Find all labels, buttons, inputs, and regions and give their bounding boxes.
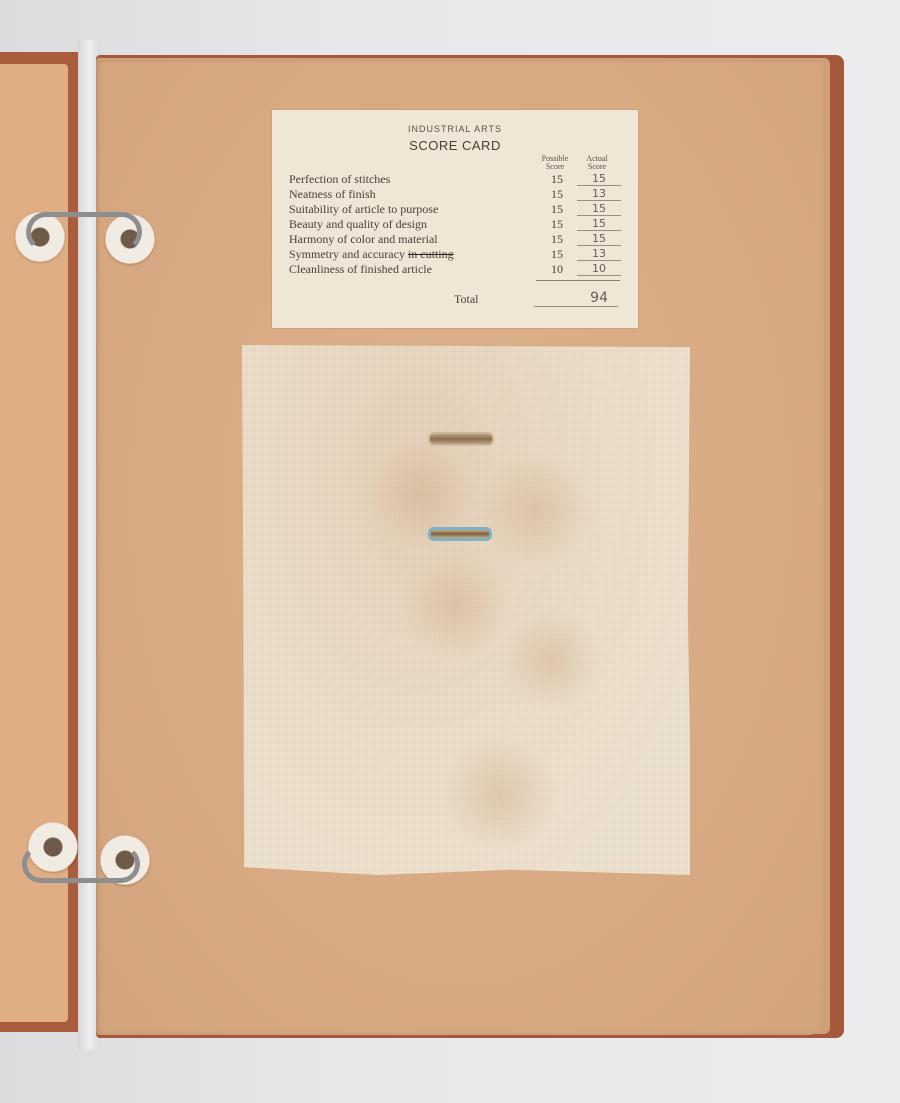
score-row: Suitability of article to purpose 15 15 (289, 202, 629, 217)
score-row: Cleanliness of finished article 10 10 (289, 262, 629, 277)
possible-score: 15 (547, 247, 567, 262)
actual-score: 15 (577, 172, 621, 186)
score-row: Beauty and quality of design 15 15 (289, 217, 629, 232)
fabric-stain (440, 740, 560, 850)
card-subtitle: INDUSTRIAL ARTS (272, 124, 638, 134)
criterion-label: Symmetry and accuracy in cutting (289, 247, 454, 262)
ring-wire-icon (22, 845, 140, 883)
ring-wire-icon (26, 212, 142, 252)
criterion-label: Neatness of finish (289, 187, 376, 202)
possible-score: 15 (547, 202, 567, 217)
struck-text: in cutting (408, 247, 454, 261)
possible-score: 15 (547, 232, 567, 247)
actual-score: 15 (577, 232, 621, 246)
criterion-label: Harmony of color and material (289, 232, 438, 247)
actual-score: 13 (577, 187, 621, 201)
fabric-stain (480, 450, 590, 570)
possible-score: 15 (547, 217, 567, 232)
actual-score: 13 (577, 247, 621, 261)
total-value: 94 (534, 290, 618, 307)
plain-buttonhole-icon (428, 432, 494, 446)
actual-score: 15 (577, 217, 621, 231)
possible-score-header: Possible Score (535, 155, 575, 171)
score-card: INDUSTRIAL ARTS SCORE CARD Possible Scor… (272, 110, 638, 328)
actual-score-header: Actual Score (577, 155, 617, 171)
score-row: Perfection of stitches 15 15 (289, 172, 629, 187)
total-label: Total (454, 292, 479, 307)
card-title: SCORE CARD (272, 138, 638, 153)
possible-score: 15 (547, 187, 567, 202)
actual-score: 15 (577, 202, 621, 216)
possible-score: 15 (547, 172, 567, 187)
sum-rule (536, 280, 620, 281)
criterion-label: Perfection of stitches (289, 172, 390, 187)
fabric-stain (500, 610, 600, 710)
criterion-label: Beauty and quality of design (289, 217, 427, 232)
fabric-stain (400, 550, 510, 660)
score-row: Symmetry and accuracy in cutting 15 13 (289, 247, 629, 262)
score-row: Harmony of color and material 15 15 (289, 232, 629, 247)
score-row: Neatness of finish 15 13 (289, 187, 629, 202)
criterion-label: Cleanliness of finished article (289, 262, 432, 277)
criterion-label: Suitability of article to purpose (289, 202, 438, 217)
blue-buttonhole-icon (428, 527, 492, 541)
actual-score: 10 (577, 262, 621, 276)
possible-score: 10 (547, 262, 567, 277)
